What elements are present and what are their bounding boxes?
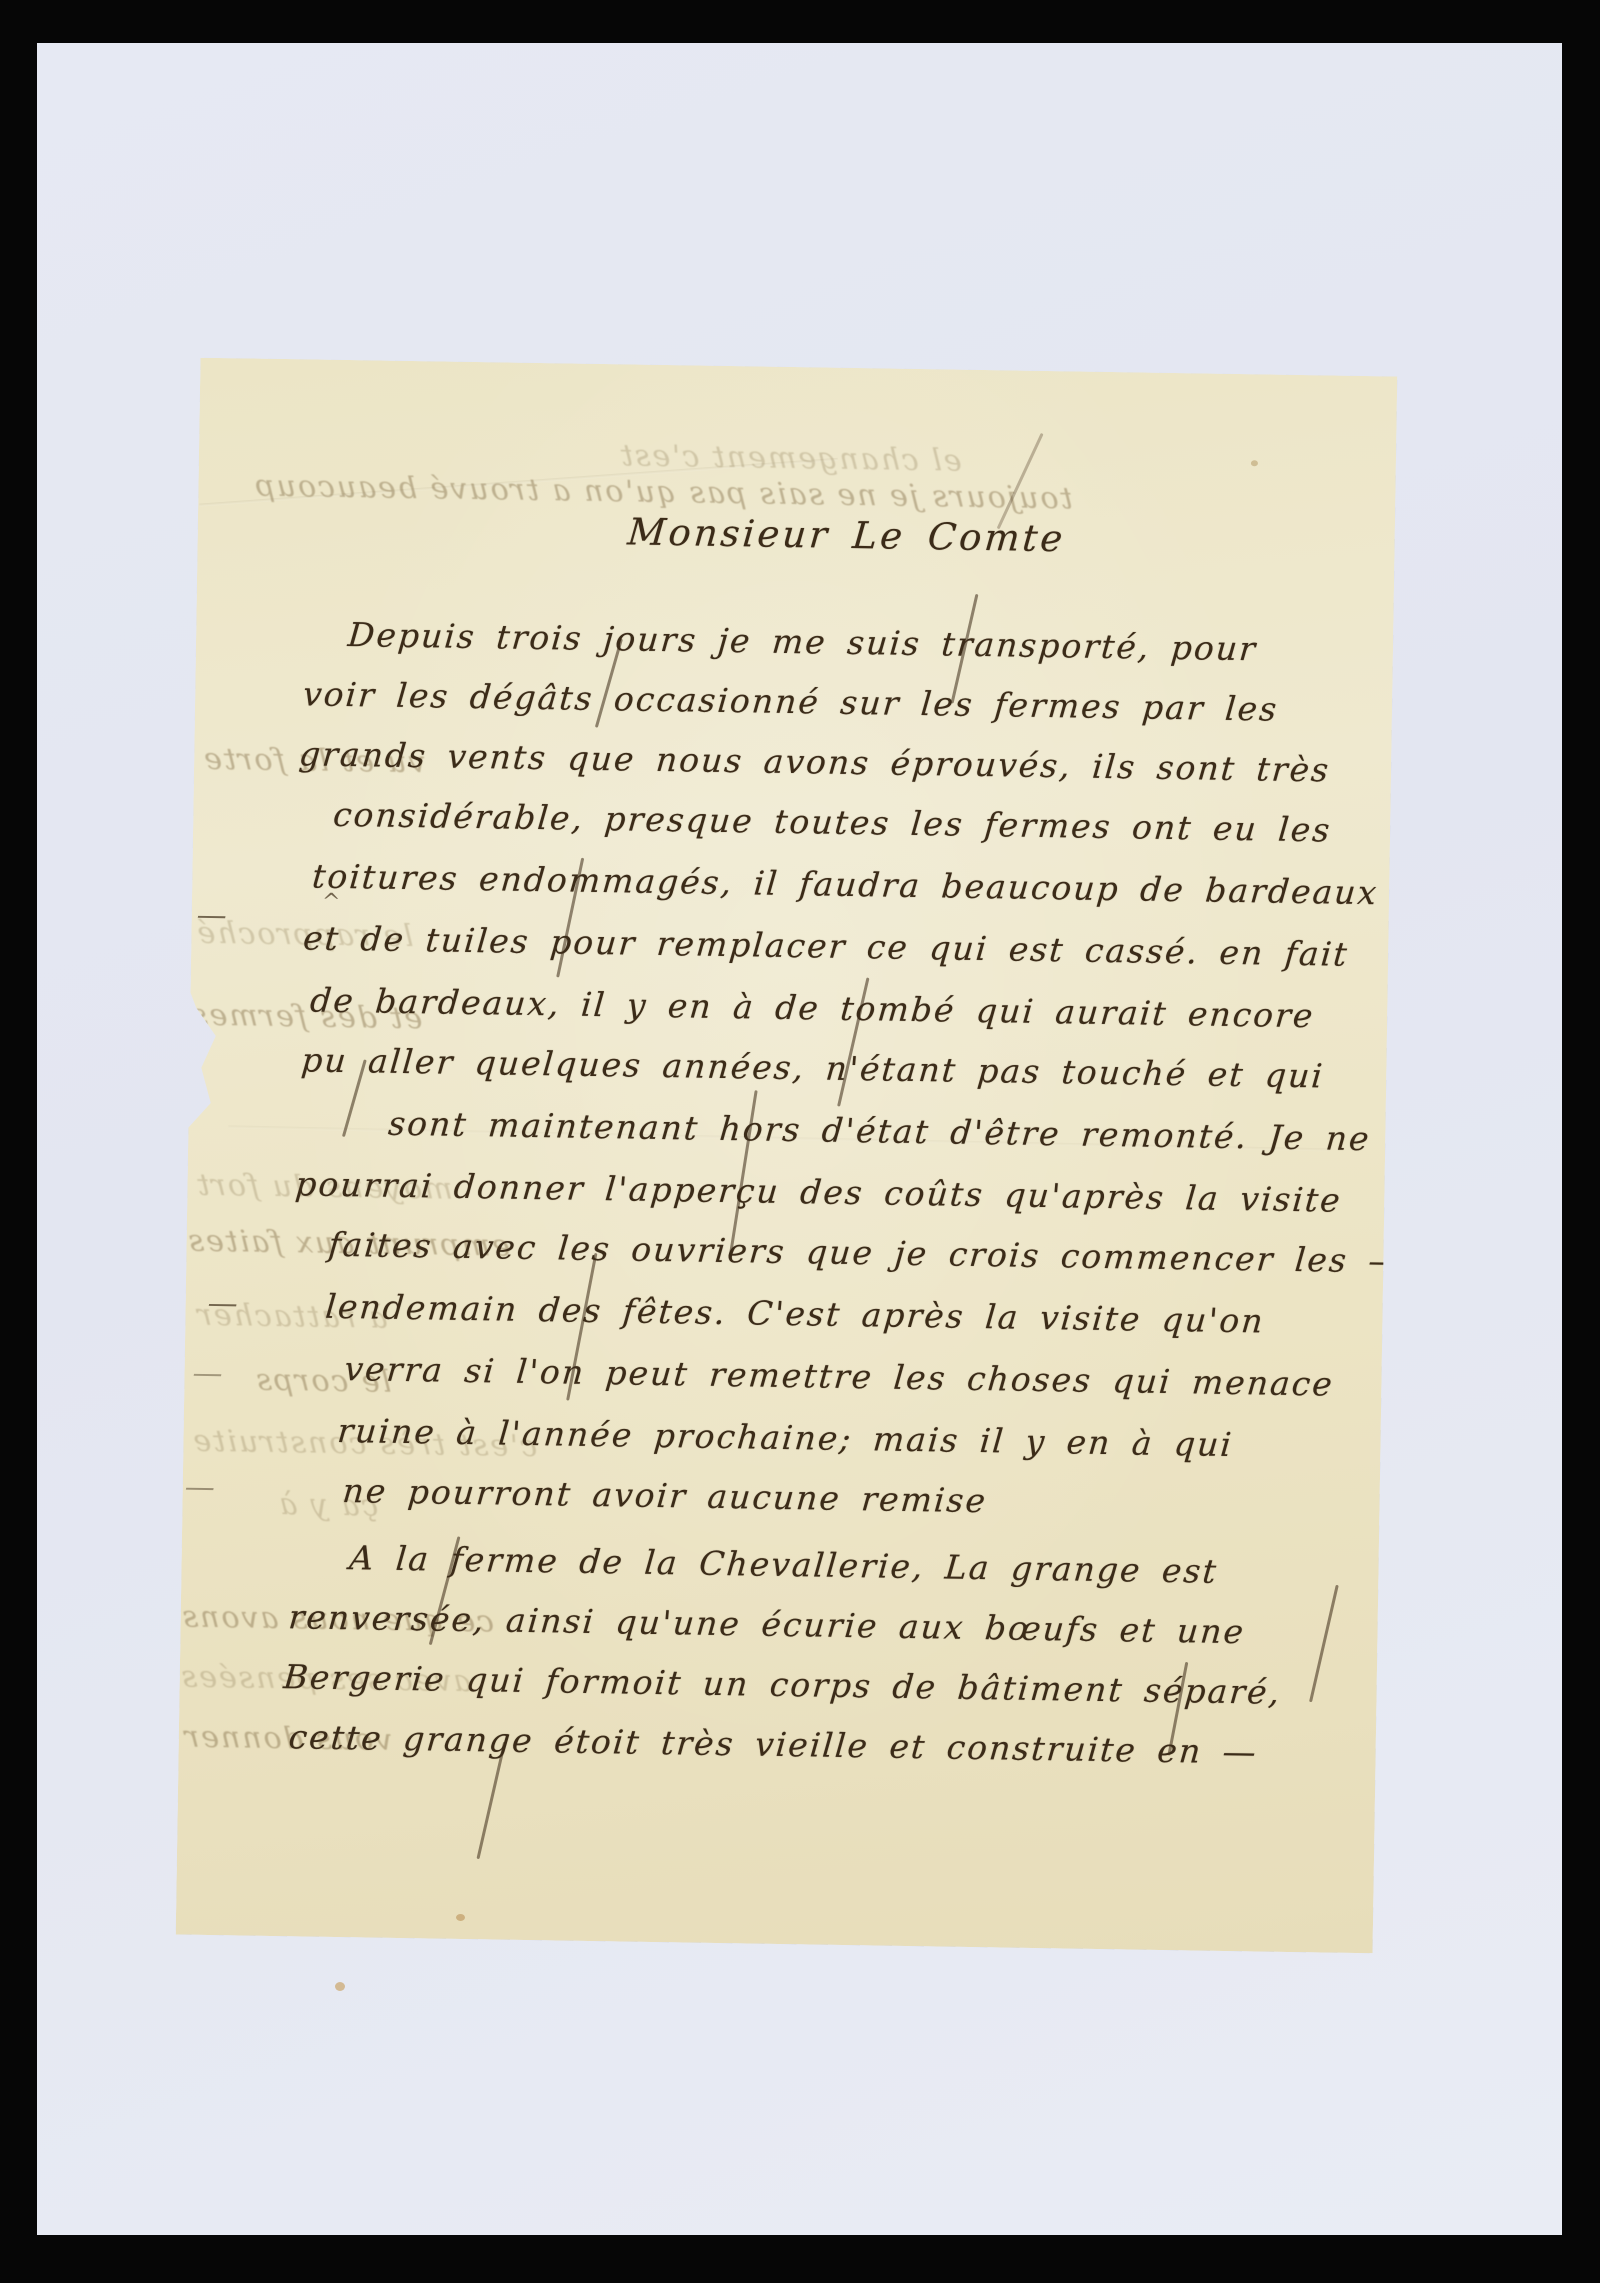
margin-dash: — bbox=[184, 1470, 215, 1505]
letter-line: faites avec les ouvriers que je crois co… bbox=[327, 1225, 1405, 1281]
margin-dash: — bbox=[192, 1356, 223, 1391]
letter-line: pu aller quelques années, n'étant pas to… bbox=[300, 1040, 1326, 1095]
photo-of-letter: el changement c'est toujours je ne sais … bbox=[0, 0, 1600, 2283]
letter-line: A la ferme de la Chevallerie, La grange … bbox=[348, 1538, 1220, 1591]
letter-line: Bergerie qui formoit un corps de bâtimen… bbox=[282, 1657, 1283, 1712]
ink-stroke bbox=[1309, 1585, 1339, 1703]
letter-line: verra si l'on peut remettre les choses q… bbox=[343, 1349, 1336, 1403]
letter-line: sont maintenant hors d'état d'être remon… bbox=[387, 1104, 1373, 1158]
letter-line: grands vents que nous avons éprouvés, il… bbox=[298, 734, 1332, 789]
letter-line: considérable, presque toutes les fermes … bbox=[332, 795, 1333, 850]
letter-line: et de tuiles pour remplacer ce qui est c… bbox=[302, 918, 1351, 973]
letter-paper: el changement c'est toujours je ne sais … bbox=[176, 358, 1398, 1954]
letter-line: lendemain des fêtes. C'est après la visi… bbox=[324, 1287, 1266, 1341]
bleedthrough-text: el changement c'est bbox=[618, 438, 962, 478]
margin-dash: — bbox=[207, 1286, 238, 1321]
letter-line: voir les dégâts occasionné sur les ferme… bbox=[302, 674, 1280, 728]
letter-line: de bardeaux, il y en à de tombé qui aura… bbox=[309, 981, 1317, 1036]
letter-line: ne pourront avoir aucune remise bbox=[341, 1471, 989, 1520]
letter-line: toitures endommagés, il faudra beaucoup … bbox=[311, 857, 1380, 913]
letter-line: Depuis trois jours je me suis transporté… bbox=[346, 615, 1258, 668]
paper-stain bbox=[456, 1914, 465, 1921]
salutation-line: Monsieur Le Comte bbox=[626, 510, 1067, 560]
paper-stain bbox=[1251, 460, 1258, 466]
letter-line: cette grange étoit très vieille et const… bbox=[287, 1717, 1259, 1771]
letter-line: pourrai donner l'apperçu des coûts qu'ap… bbox=[294, 1164, 1344, 1219]
backdrop-stain bbox=[335, 1982, 345, 1991]
margin-dash: — bbox=[196, 898, 227, 933]
